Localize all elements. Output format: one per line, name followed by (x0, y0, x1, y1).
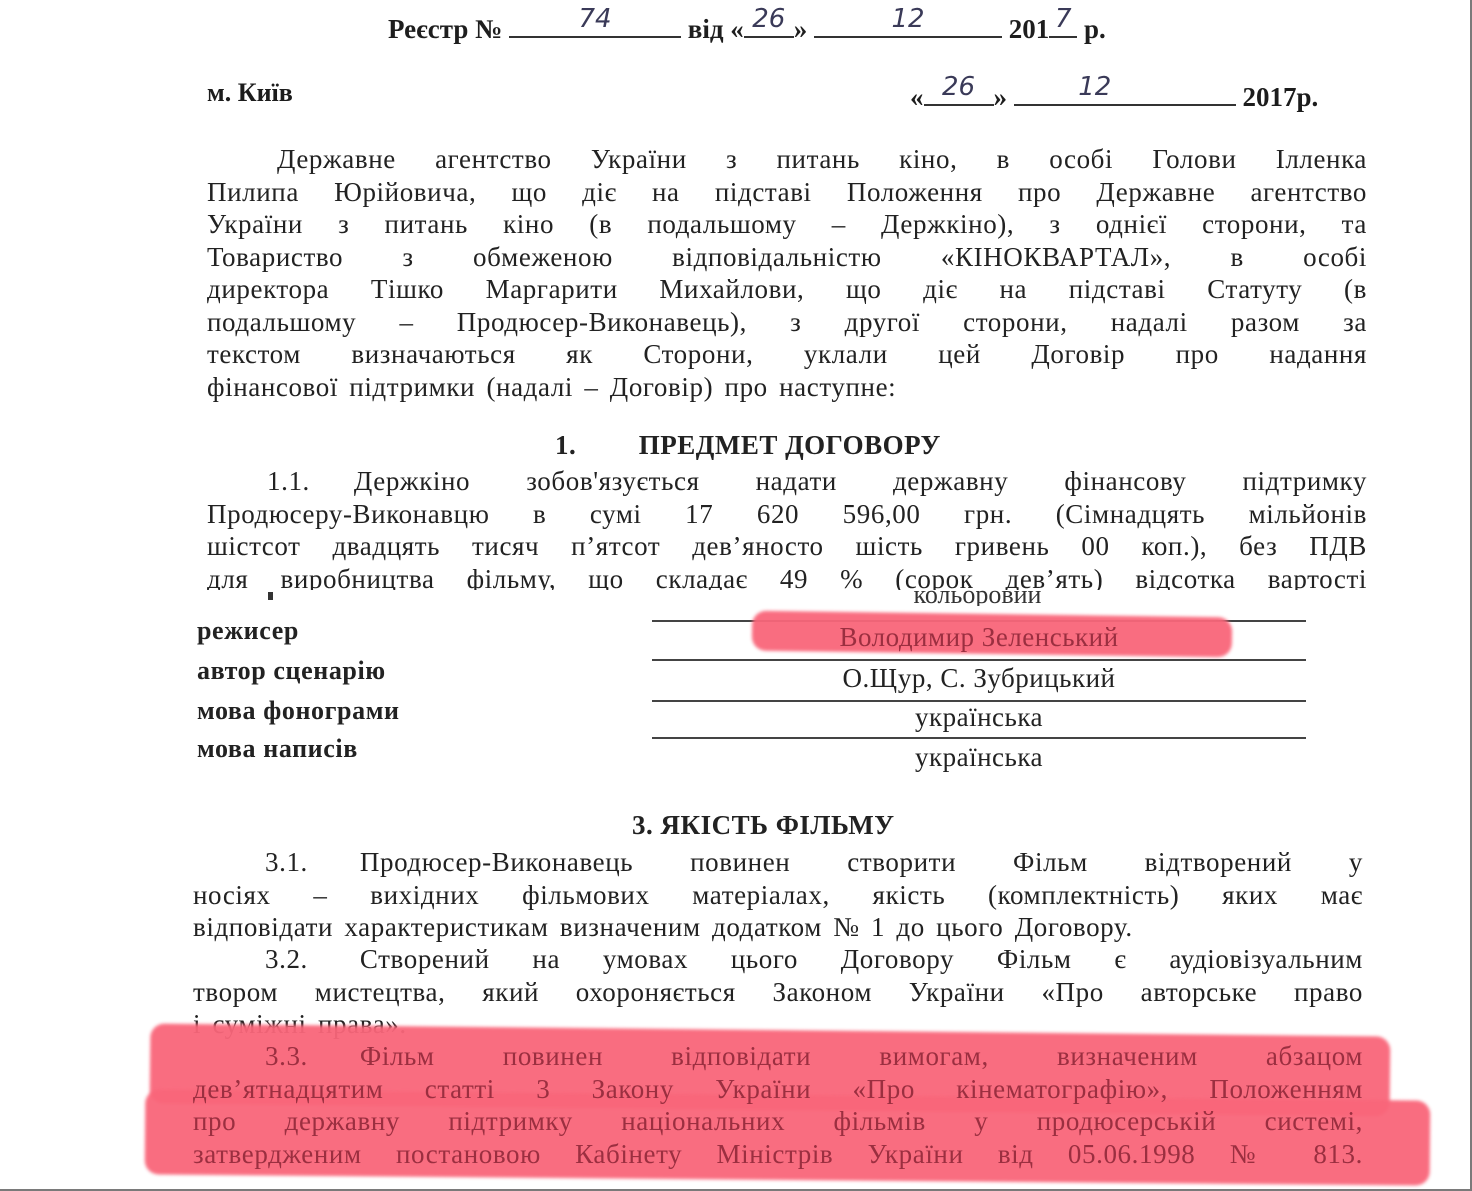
preamble-line: директора Тішко Маргарити Михайлови, що … (207, 273, 1367, 306)
preamble-line: подальшому – Продюсер-Виконавець), з дру… (207, 306, 1367, 339)
section-1-heading: 1. ПРЕДМЕТ ДОГОВОРУ (555, 430, 941, 461)
preamble: Державне агентство України з питань кіно… (207, 143, 1367, 403)
credit-label-screenwriter: автор сценарію (197, 656, 386, 686)
cut-fragment: кольоровий (650, 590, 1305, 606)
registry-year-prefix: 201 (1009, 14, 1050, 44)
clause-number: 3.3. (265, 1041, 308, 1071)
contract-date: «26» 12 2017р. (910, 78, 1318, 113)
clause-line: про державну підтримку національних філь… (193, 1105, 1363, 1138)
registry-close-quote: » (794, 14, 808, 44)
clause-line: дев’ятнадцятим статті 3 Закону України «… (193, 1073, 1363, 1106)
clause-line: 3.3.Фільм повинен відповідати вимогам, в… (193, 1040, 1363, 1073)
registry-label: Реєстр № (388, 14, 502, 44)
clause-line: 3.2.Створений на умовах цього Договору Ф… (193, 943, 1363, 976)
clause-number: 3.2. (265, 944, 308, 974)
clause-number: 1.1. (267, 466, 310, 496)
section-3-heading: 3. ЯКІСТЬ ФІЛЬМУ (632, 810, 895, 841)
registry-month-field: 12 (814, 10, 1002, 38)
clause-3-3: 3.3.Фільм повинен відповідати вимогам, в… (193, 1040, 1363, 1170)
registry-number: 74 (509, 4, 681, 34)
registry-year-field: 7 (1049, 10, 1077, 38)
section-1-title: ПРЕДМЕТ ДОГОВОРУ (639, 430, 941, 460)
date-month-field: 12 (1014, 78, 1236, 106)
preamble-line: Пилипа Юрійовича, що діє на підставі Пол… (207, 176, 1367, 209)
credit-label-subtitle-language: мова написів (197, 734, 358, 764)
clause-line: носіях – вихідних фільмових матеріалах, … (193, 879, 1363, 912)
registry-day: 26 (744, 4, 794, 34)
credit-value-soundtrack-language: українська (652, 702, 1306, 733)
clause-1-1: 1.1.Держкіно зобов'язується надати держа… (207, 465, 1367, 590)
registry-year-digit: 7 (1049, 4, 1077, 34)
credit-rule (652, 659, 1306, 661)
credit-value-subtitle-language: українська (652, 742, 1306, 773)
clause-line: відповідати характеристикам визначеним д… (193, 911, 1363, 944)
preamble-line: фінансової підтримки (надалі – Договір) … (207, 371, 1367, 404)
credit-label-director: режисер (197, 616, 299, 646)
date-open-quote: « (910, 82, 924, 112)
cut-artifact (268, 592, 273, 600)
clause-line: 3.1.Продюсер-Виконавець повинен створити… (193, 846, 1363, 879)
preamble-line: текстом визначаються як Сторони, уклали … (207, 338, 1367, 371)
registry-number-field: 74 (509, 10, 681, 38)
clause-line: затвердженим постановою Кабінету Міністр… (193, 1138, 1363, 1171)
clause-3-1: 3.1.Продюсер-Виконавець повинен створити… (193, 846, 1363, 944)
preamble-line: України з питань кіно (в подальшому – Де… (207, 208, 1367, 241)
clause-line: для виробництва фільму, що складає 49 % … (207, 563, 1367, 591)
clause-line: Продюсеру-Виконавцю в сумі 17 620 596,00… (207, 498, 1367, 531)
credit-value-screenwriter: О.Щур, С. Зубрицький (652, 663, 1306, 694)
city: м. Київ (207, 78, 293, 108)
clause-line: 1.1.Держкіно зобов'язується надати держа… (207, 465, 1367, 498)
preamble-line: Товариство з обмеженою відповідальністю … (207, 241, 1367, 274)
preamble-line: Державне агентство України з питань кіно… (207, 143, 1367, 176)
credit-value-director: Володимир Зеленський (652, 622, 1306, 653)
registry-year-suffix: р. (1084, 14, 1106, 44)
date-month: 12 (954, 72, 1236, 102)
registry-month: 12 (814, 4, 1002, 34)
date-year: 2017р. (1243, 82, 1319, 112)
section-1-number: 1. (555, 430, 576, 460)
registry-line: Реєстр № 74 від «26» 12 2017 р. (388, 10, 1106, 45)
registry-from-label: від « (688, 14, 744, 44)
credit-label-soundtrack-language: мова фонограми (197, 696, 400, 726)
credit-rule (652, 737, 1306, 739)
clause-number: 3.1. (265, 847, 308, 877)
registry-day-field: 26 (744, 10, 794, 38)
clause-line: шістсот двадцять тисяч п’ятсот дев’яност… (207, 530, 1367, 563)
clause-line: твором мистецтва, який охороняється Зако… (193, 976, 1363, 1009)
